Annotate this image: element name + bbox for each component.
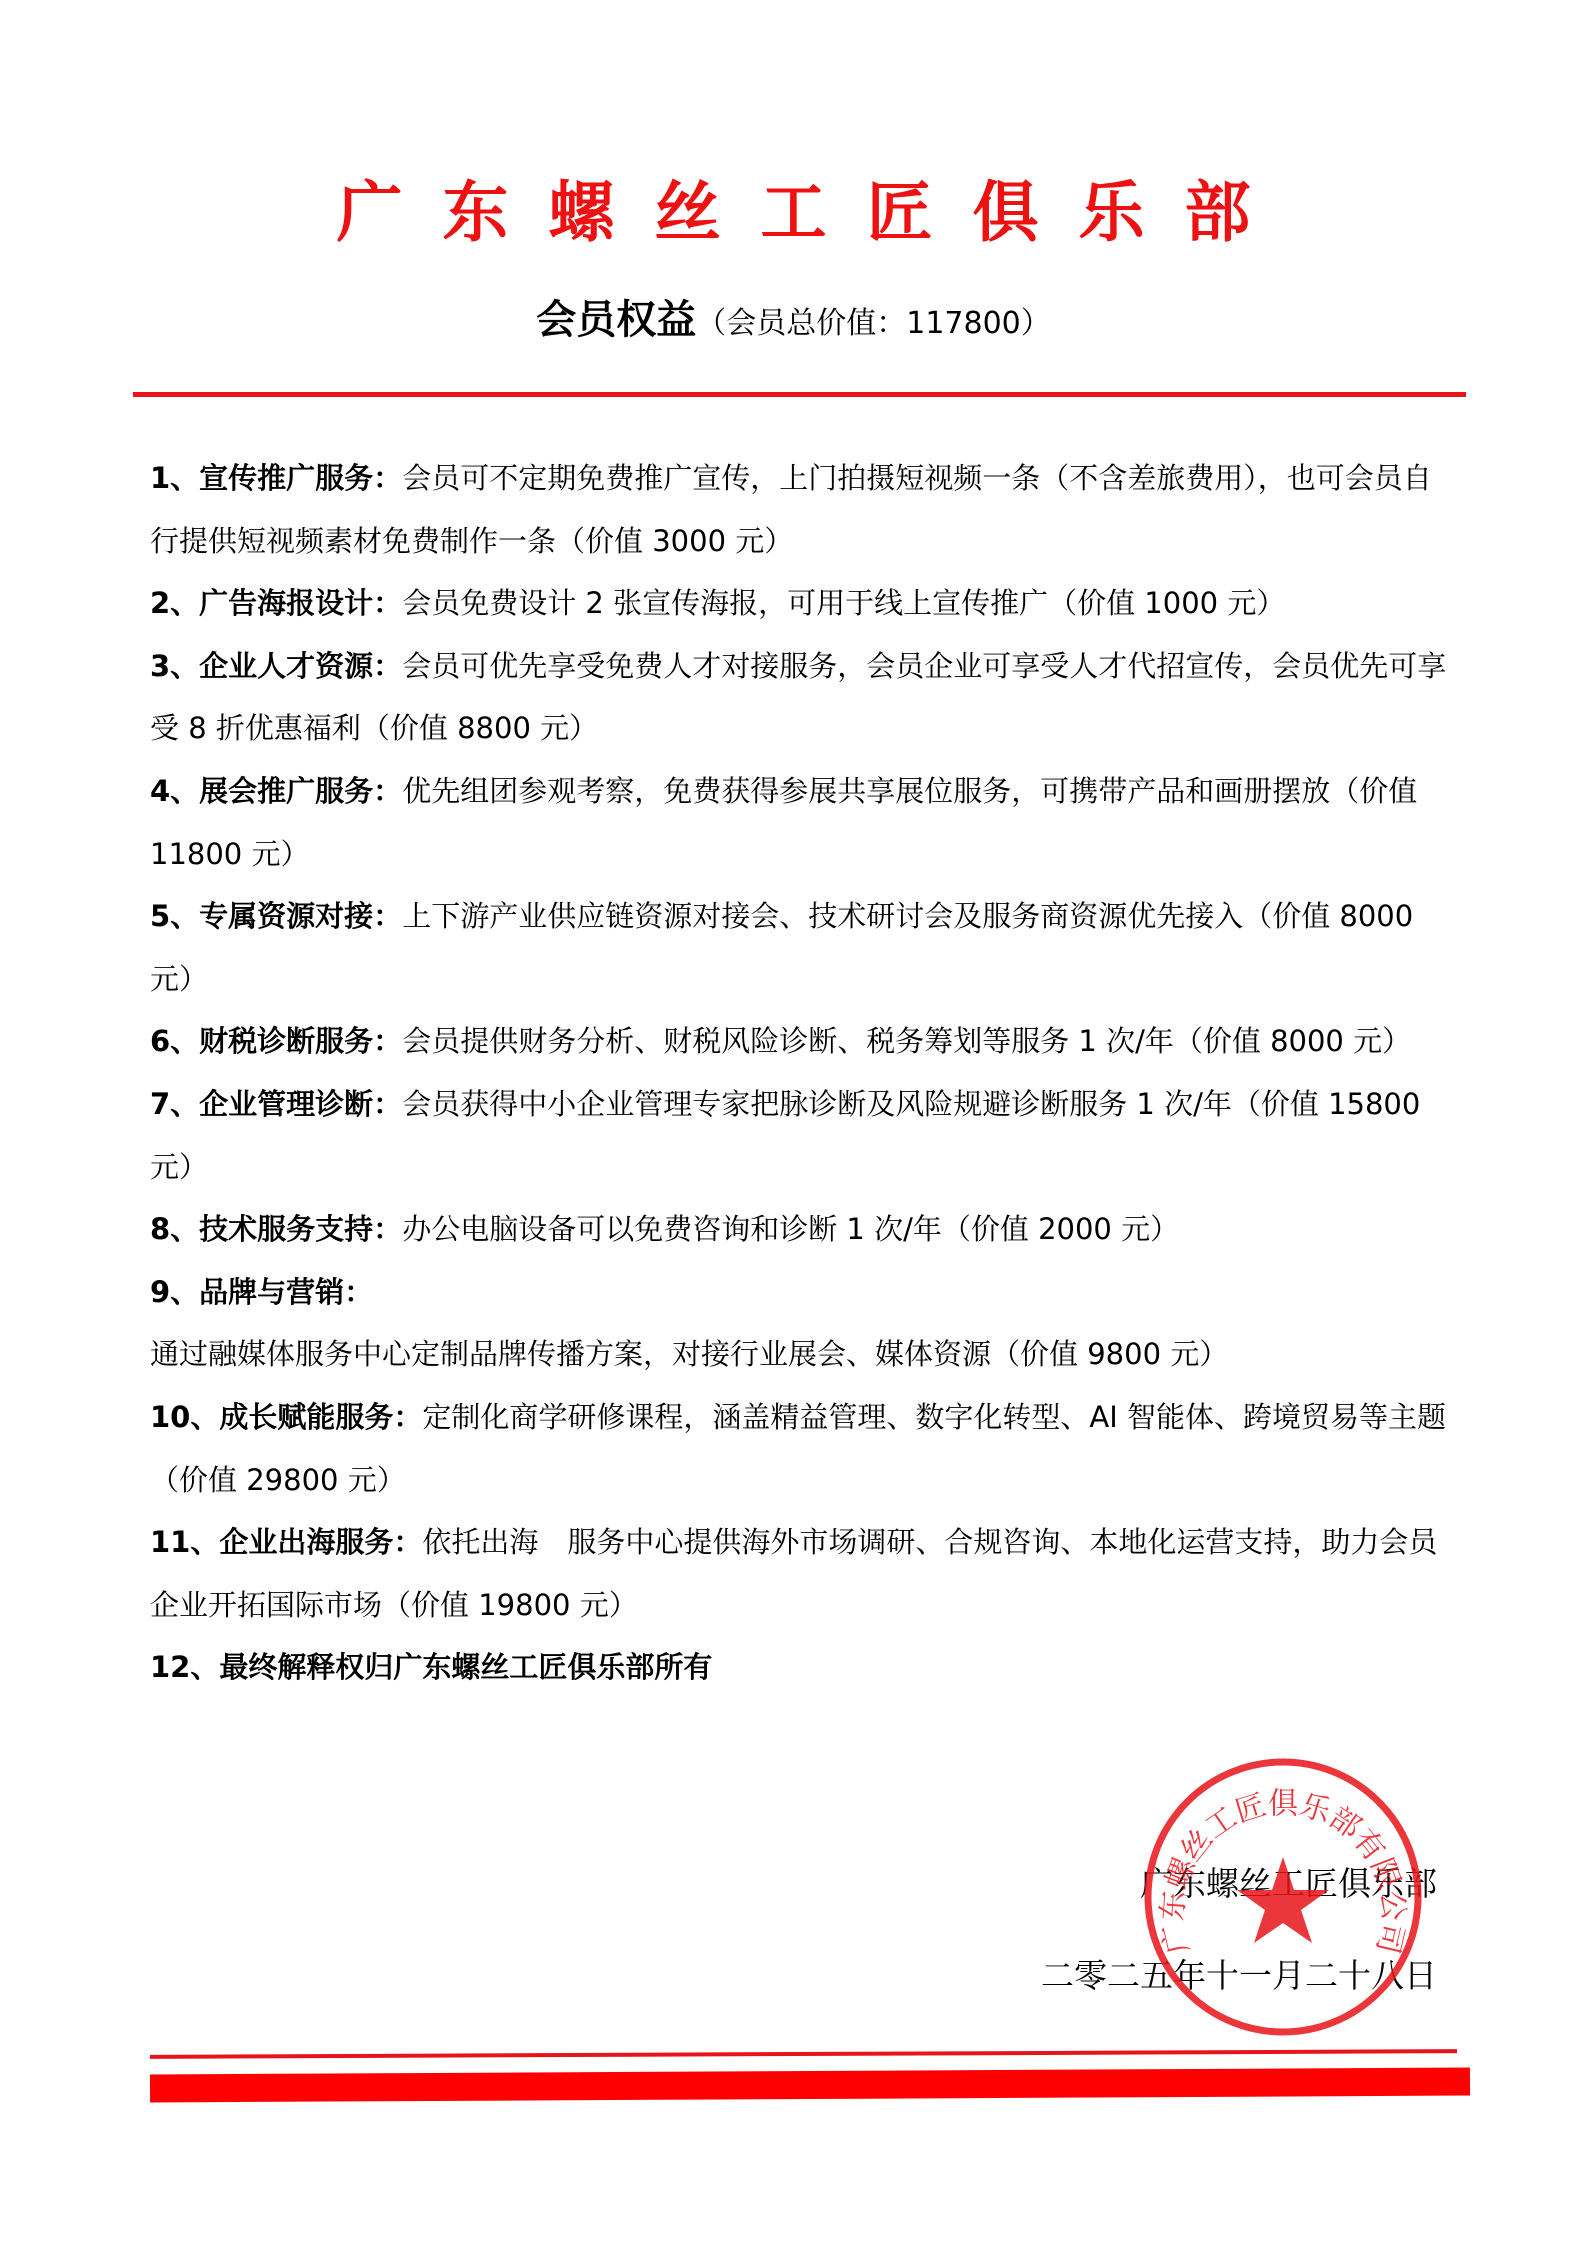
list-item: 4、展会推广服务：优先组团参观考察，免费获得参展共享展位服务，可携带产品和画册摆…: [150, 760, 1450, 885]
list-item: 7、企业管理诊断：会员获得中小企业管理专家把脉诊断及风险规避诊断服务 1 次/年…: [150, 1073, 1450, 1198]
footer-thin-rule: [150, 2049, 1457, 2059]
subtitle: 会员权益（会员总价值：117800）: [0, 290, 1587, 358]
list-item: 9、品牌与营销：通过融媒体服务中心定制品牌传播方案，对接行业展会、媒体资源（价值…: [150, 1261, 1450, 1386]
subtitle-main: 会员权益: [536, 297, 696, 343]
list-item: 5、专属资源对接：上下游产业供应链资源对接会、技术研讨会及服务商资源优先接入（价…: [150, 885, 1450, 1010]
subtitle-total-value: （会员总价值：117800）: [696, 306, 1051, 341]
document-title: 广东螺丝工匠俱乐部: [0, 168, 1587, 258]
list-item: 10、成长赋能服务：定制化商学研修课程，涵盖精益管理、数字化转型、AI 智能体、…: [150, 1386, 1450, 1511]
list-item: 8、技术服务支持：办公电脑设备可以免费咨询和诊断 1 次/年（价值 2000 元…: [150, 1198, 1450, 1261]
list-item: 11、企业出海服务：依托出海 服务中心提供海外市场调研、合规咨询、本地化运营支持…: [150, 1511, 1450, 1636]
list-item: 3、企业人才资源：会员可优先享受免费人才对接服务，会员企业可享受人才代招宣传，会…: [150, 635, 1450, 760]
list-item: 2、广告海报设计：会员免费设计 2 张宣传海报，可用于线上宣传推广（价值 100…: [150, 572, 1450, 635]
footer-thick-bar: [150, 2068, 1470, 2103]
list-item: 6、财税诊断服务：会员提供财务分析、财税风险诊断、税务筹划等服务 1 次/年（价…: [150, 1010, 1450, 1073]
list-item: 12、最终解释权归广东螺丝工匠俱乐部所有: [150, 1636, 1450, 1699]
header-divider: [133, 392, 1466, 397]
list-item: 1、宣传推广服务：会员可不定期免费推广宣传，上门拍摄短视频一条（不含差旅费用），…: [150, 447, 1450, 572]
official-seal-icon: 广东螺丝工匠俱乐部有限公司: [1138, 1752, 1428, 2042]
benefits-list: 1、宣传推广服务：会员可不定期免费推广宣传，上门拍摄短视频一条（不含差旅费用），…: [150, 447, 1450, 1699]
